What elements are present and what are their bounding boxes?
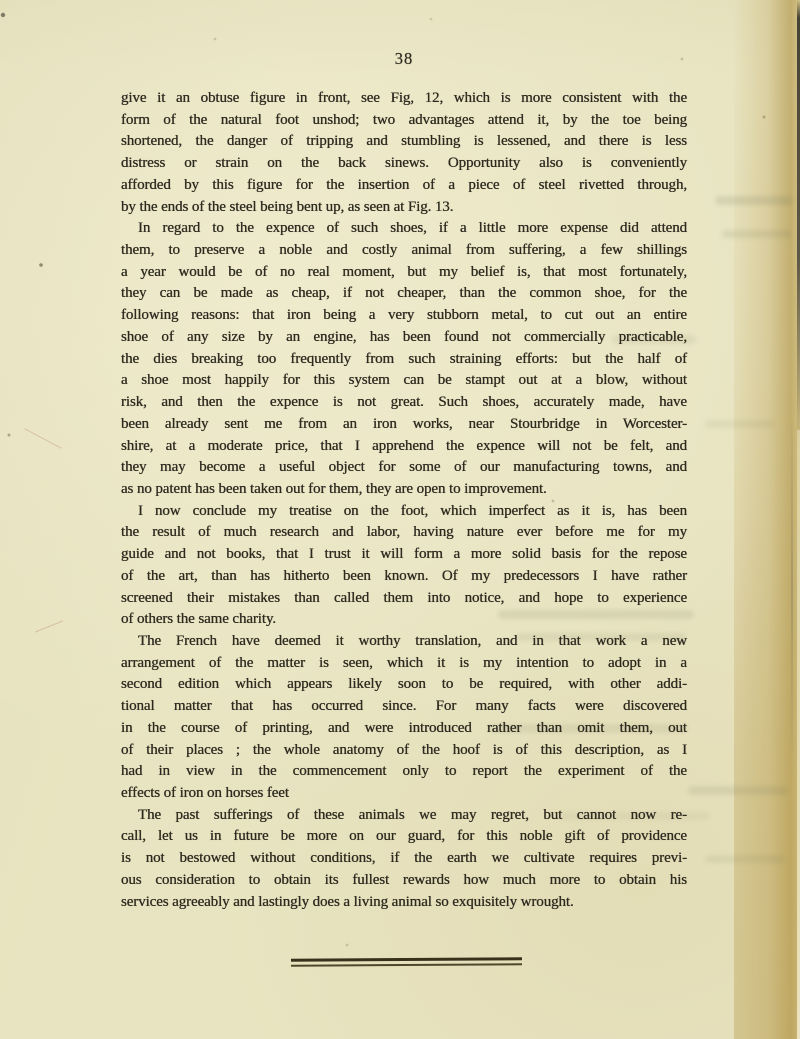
text-line: them, to preserve a noble and costly ani… [121,240,687,262]
text-line: effects of iron on horses feet [121,783,687,805]
text-line: shoe of any size by an engine, has been … [121,327,687,349]
text-line: guide and not books, that I trust it wil… [121,544,687,566]
text-line: the dies breaking too frequently from su… [121,349,687,371]
text-line: afforded by this figure for the insertio… [121,175,687,197]
text-line: the result of much research and labor, h… [121,522,687,544]
show-through-smudge [688,786,788,795]
text-line: been already sent me from an iron works,… [121,414,687,436]
text-line: ous consideration to obtain its fullest … [121,870,687,892]
text-line: risk, and then the expence is not great.… [121,392,687,414]
end-rule [291,957,522,966]
text-line: The French have deemed it worthy transla… [121,631,687,653]
text-line: distress or strain on the back sinews. O… [121,153,687,175]
text-line: call, let us in future be more on our gu… [121,826,687,848]
text-line: of the art, than has hitherto been known… [121,566,687,588]
text-line: tional matter that has occurred since. F… [121,696,687,718]
page-edge-hairline-gray [791,420,793,750]
text-line: The past sufferings of these animals we … [121,805,687,827]
show-through-smudge [715,196,793,205]
page-text: give it an obtuse figure in front, see F… [121,88,687,913]
text-line: I now conclude my treatise on the foot, … [121,501,687,523]
text-line: following reasons: that iron being a ver… [121,305,687,327]
page-number: 38 [121,49,687,69]
text-line: they can be made as cheap, if not cheape… [121,283,687,305]
paper-scratch [35,620,63,632]
paper-speck [0,0,2,2]
book-page: 38 give it an obtuse figure in front, se… [0,0,800,1039]
show-through-smudge [722,230,792,238]
text-line: a year would be of no real moment, but m… [121,262,687,284]
text-line: second edition which appears likely soon… [121,674,687,696]
text-line: shire, at a moderate price, that I appre… [121,436,687,458]
text-line: arrangement of the matter is seen, which… [121,653,687,675]
text-line: of others the same charity. [121,609,687,631]
paper-scratch [24,428,62,449]
text-line: as no patent has been taken out for them… [121,479,687,501]
text-line: is not bestowed without conditions, if t… [121,848,687,870]
text-line: give it an obtuse figure in front, see F… [121,88,687,110]
text-line: services agreeably and lastingly does a … [121,892,687,914]
show-through-smudge [705,855,785,863]
text-line: form of the natural foot unshod; two adv… [121,110,687,132]
text-line: had in view in the commencement only to … [121,761,687,783]
text-line: by the ends of the steel being bent up, … [121,197,687,219]
text-line: screened their mistakes than called them… [121,588,687,610]
text-line: a shoe most happily for this system can … [121,370,687,392]
text-line: shortened, the danger of tripping and st… [121,131,687,153]
text-line: in the course of printing, and were intr… [121,718,687,740]
text-line: they may become a useful object for some… [121,457,687,479]
text-line: of their places ; the whole anatomy of t… [121,740,687,762]
show-through-smudge [705,420,775,428]
text-line: In regard to the expence of such shoes, … [121,218,687,240]
